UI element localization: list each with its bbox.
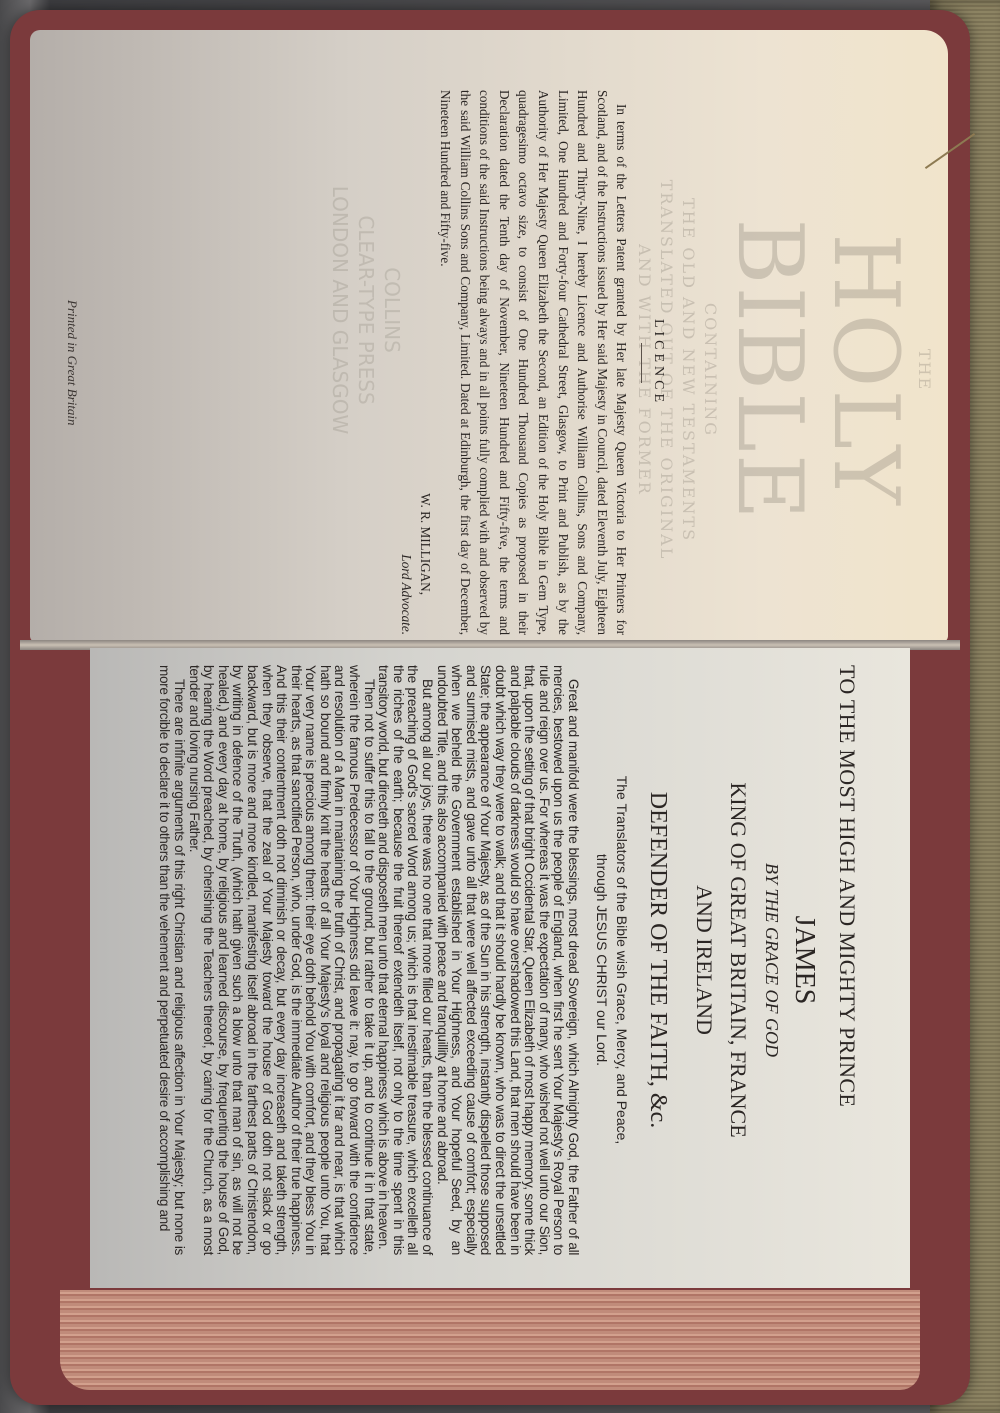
title-rule xyxy=(641,343,642,383)
dedication-heading: TO THE MOST HIGH AND MIGHTY PRINCE xyxy=(834,665,860,1255)
dedication-body: Great and manifold were the blessings, m… xyxy=(157,665,580,1255)
paragraph: There are infinite arguments of this rig… xyxy=(157,665,186,1255)
show-through-title: THE HOLY BIBLE CONTAINING THE OLD AND NE… xyxy=(633,100,935,640)
dedication-greeting: The Translators of the Bible wish Grace,… xyxy=(592,665,632,1255)
show-through-publisher: COLLINS CLEAR-TYPE PRESS LONDON AND GLAS… xyxy=(327,180,405,440)
paragraph: Great and manifold were the blessings, m… xyxy=(434,665,580,1255)
licence-body: In terms of the Letters Patent granted b… xyxy=(435,90,631,635)
dedication-section: TO THE MOST HIGH AND MIGHTY PRINCE JAMES… xyxy=(157,665,860,1255)
licence-signature-title: Lord Advocate. xyxy=(396,90,416,635)
paragraph: Then not to suffer this to fall to the g… xyxy=(186,665,376,1255)
page-edges xyxy=(60,1290,920,1390)
licence-title: LICENCE xyxy=(648,90,668,635)
show-through-heading: HOLY BIBLE xyxy=(721,100,913,640)
printed-in-footer: Printed in Great Britain xyxy=(64,300,80,426)
licence-signature: W. R. MILLIGAN, xyxy=(416,90,436,595)
paragraph: But among all our joys, there was no one… xyxy=(376,665,434,1255)
dedication-kingdom: KING OF GREAT BRITAIN, FRANCE AND IRELAN… xyxy=(687,665,755,1255)
licence-section: LICENCE In terms of the Letters Patent g… xyxy=(396,90,668,635)
dedication-grace: BY THE GRACE OF GOD xyxy=(761,665,782,1255)
dedication-defender: DEFENDER OF THE FAITH, &c. xyxy=(644,665,671,1255)
dedication-name: JAMES xyxy=(788,665,820,1255)
